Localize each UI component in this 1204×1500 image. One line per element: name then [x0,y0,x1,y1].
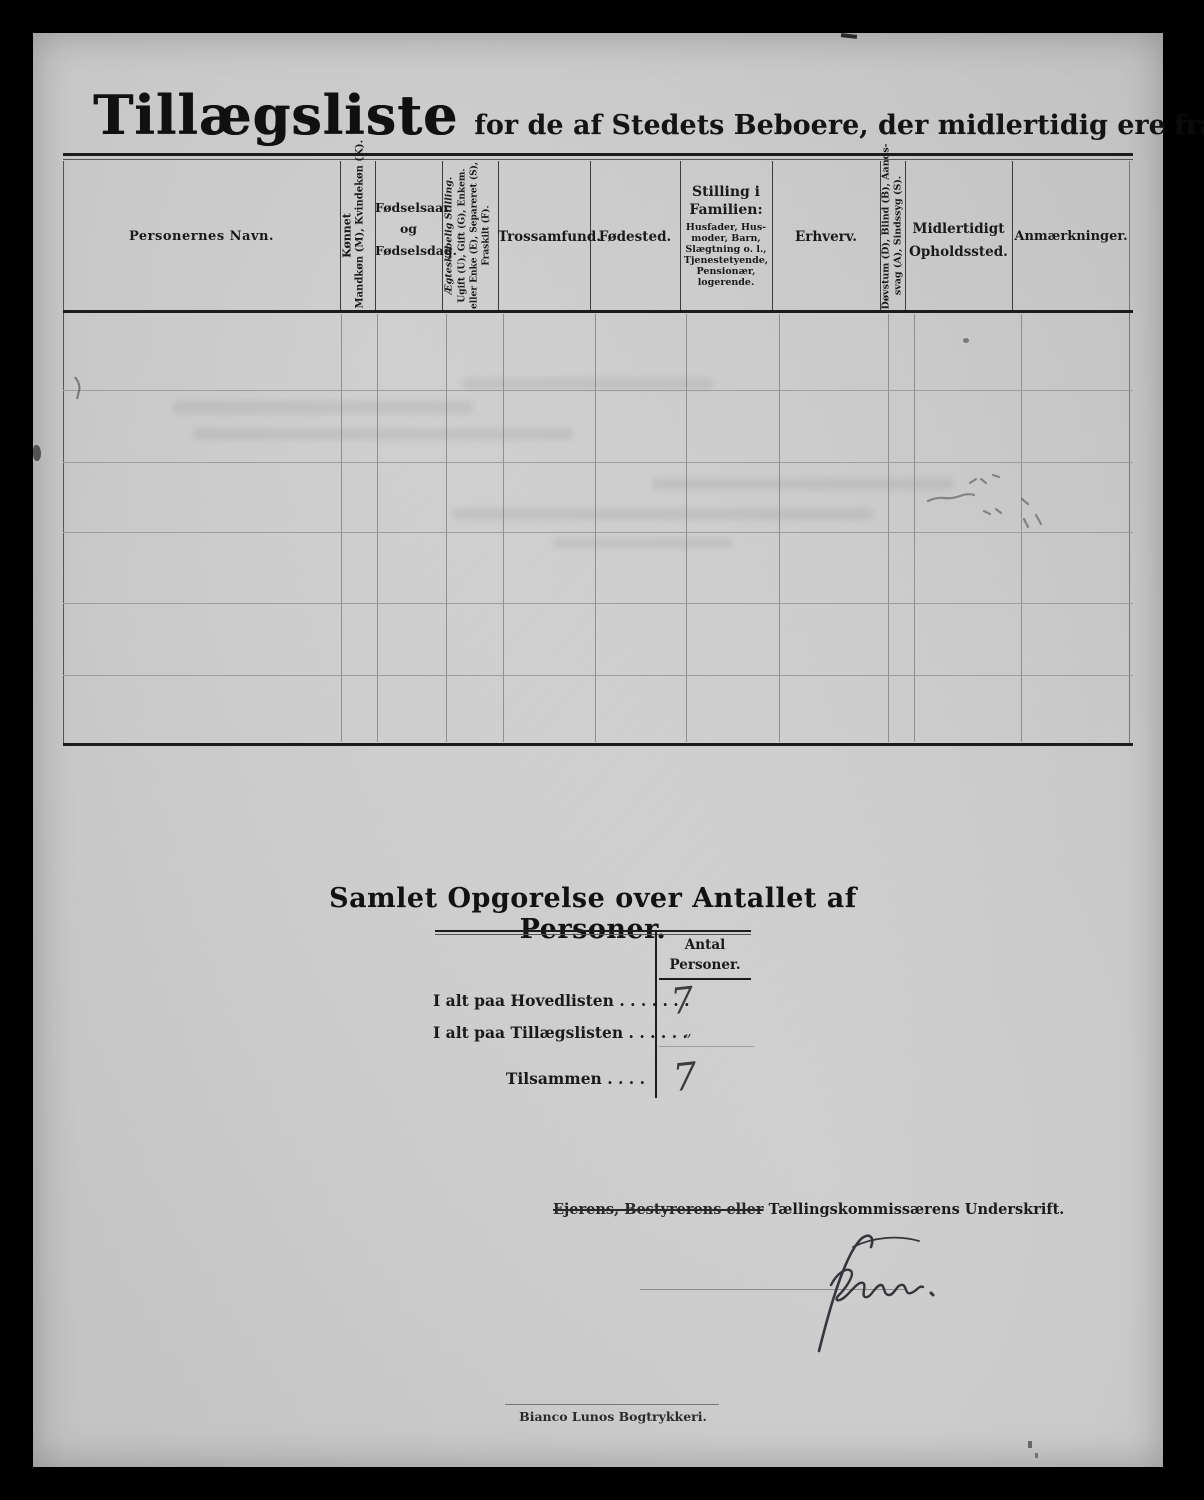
summary-subtotal-line [659,1046,754,1047]
col-header-stilling-line1: Stilling i [680,183,772,201]
col-header-stilling-detail: logerende. [680,278,772,289]
bleed-through-smudge [653,478,953,490]
col-header-koennet-line2: Mandkøn (M), Kvindekøn (K). [354,163,366,309]
summary-row-hovedlisten-value: 7 [669,980,696,1023]
form-title-main: Tillægsliste [93,83,458,147]
summary-col-header: Antal Personer. [659,936,751,975]
col-header-foedested: Fødested. [590,229,680,245]
col-header-foedselsaar: Fødselsaar og Fødselsdag. [375,197,442,261]
summary-header-underline [659,978,751,980]
form-title: Tillægslistefor de af Stedets Beboere, d… [93,83,1133,147]
col-header-personernes-navn: Personernes Navn. [63,229,340,244]
form-title-subtitle: for de af Stedets Beboere, der midlertid… [474,110,1166,141]
bleed-through-smudge [553,538,733,548]
col-header-aegteskabelig-line1: Ægteskabelig Stilling. [444,161,457,311]
printer-imprint: Bianco Lunos Bogtrykkeri. [473,1409,753,1424]
body-col-separator [341,314,342,742]
col-header-doevstum-line1: Døvstum (D), Blind (B), Aands- [881,162,893,310]
signature [723,1233,953,1353]
signature-caption-rest: Tællingskommissærens Underskrift. [769,1201,1065,1218]
stray-mark [963,338,969,343]
col-header-foedselsaar-line3: Fødselsdag. [375,240,442,261]
col-header-koennet-line1: Kønnet [342,163,355,309]
bleed-through-smudge [453,508,873,520]
signature-caption-struck: Ejerens, Bestyrerens eller [553,1201,764,1218]
summary-top-rule-heavy [435,930,751,932]
col-header-midlertidigt-line1: Midlertidigt [905,218,1012,241]
col-header-stilling-i-familien: Stilling i Familien: Husfader, Hus- mode… [680,183,772,289]
col-header-anmaerkninger: Anmærkninger. [1012,229,1130,244]
table-border-left [63,161,64,743]
col-header-trossamfund: Trossamfund. [498,229,590,245]
printer-rule [505,1404,719,1405]
col-header-koennet: Kønnet Mandkøn (M), Kvindekøn (K). [342,163,375,309]
bleed-through-smudge [193,428,573,440]
summary-row-tillaegslisten-label: I alt paa Tillægslisten . . . . . . [433,1023,645,1042]
col-header-aegteskabelig-line4: Fraskilt (F). [481,161,493,311]
col-header-doevstum-line2: svag (A), Sindssyg (S). [892,162,904,310]
body-col-separator [914,314,915,742]
col-header-aegteskabelig-line2: Ugift (U), Gift (G), Enkem. [456,161,468,311]
summary-top-rule-thin [435,934,751,935]
title-rule-heavy [63,153,1133,156]
edge-blemish [33,445,41,461]
scanned-census-form: { "title": { "main": "Tillægsliste", "su… [0,0,1204,1500]
bleed-through-smudge [173,401,473,414]
bleed-through-smudge [463,378,713,389]
summary-col-header-line1: Antal [659,936,751,956]
pencil-marks [918,453,1068,538]
signature-caption: Ejerens, Bestyrerens eller Tællingskommi… [553,1201,1064,1218]
col-header-aegteskabelig-line3: eller Enke (E), Separeret (S), [468,161,480,311]
pencil-mark-small [69,373,93,403]
summary-heading: Samlet Opgorelse over Antallet af Person… [293,883,893,945]
body-col-separator [377,314,378,742]
stray-mark [1035,1453,1038,1458]
col-header-midlertidigt-line2: Opholdssted. [905,241,1012,264]
title-rule-thin [63,159,1133,160]
summary-row-hovedlisten-label: I alt paa Hovedlisten . . . . . . . [433,991,645,1010]
col-header-doevstum: Døvstum (D), Blind (B), Aands- svag (A),… [881,162,906,310]
row-line [63,603,1133,604]
body-col-separator [779,314,780,742]
col-header-midlertidigt: Midlertidigt Opholdssted. [905,218,1012,264]
table-bottom-rule [63,743,1133,746]
row-line [63,675,1133,676]
body-col-separator [888,314,889,742]
table-border-right [1129,161,1130,743]
summary-col-header-line2: Personer. [659,956,751,976]
row-line [63,390,1133,391]
form-title-emphasis: fraværende. [1174,110,1204,141]
form-page: Tillægslistefor de af Stedets Beboere, d… [33,33,1163,1467]
summary-vertical-rule [655,930,657,1098]
col-header-stilling-line2: Familien: [680,201,772,219]
col-header-aegteskabelig: Ægteskabelig Stilling. Ugift (U), Gift (… [444,161,497,311]
summary-row-tillaegslisten-value: „ [682,1021,692,1041]
summary-row-tilsammen-value: 7 [671,1054,700,1100]
col-header-foedselsaar-line1: Fødselsaar [375,197,442,218]
stray-mark [1028,1441,1032,1448]
col-header-erhverv: Erhverv. [772,229,880,245]
stray-mark [841,33,857,39]
body-col-separator [446,314,447,742]
summary-row-tilsammen-label: Tilsammen . . . . [433,1069,645,1088]
header-bottom-rule [63,310,1133,313]
col-header-foedselsaar-line2: og [375,218,442,239]
